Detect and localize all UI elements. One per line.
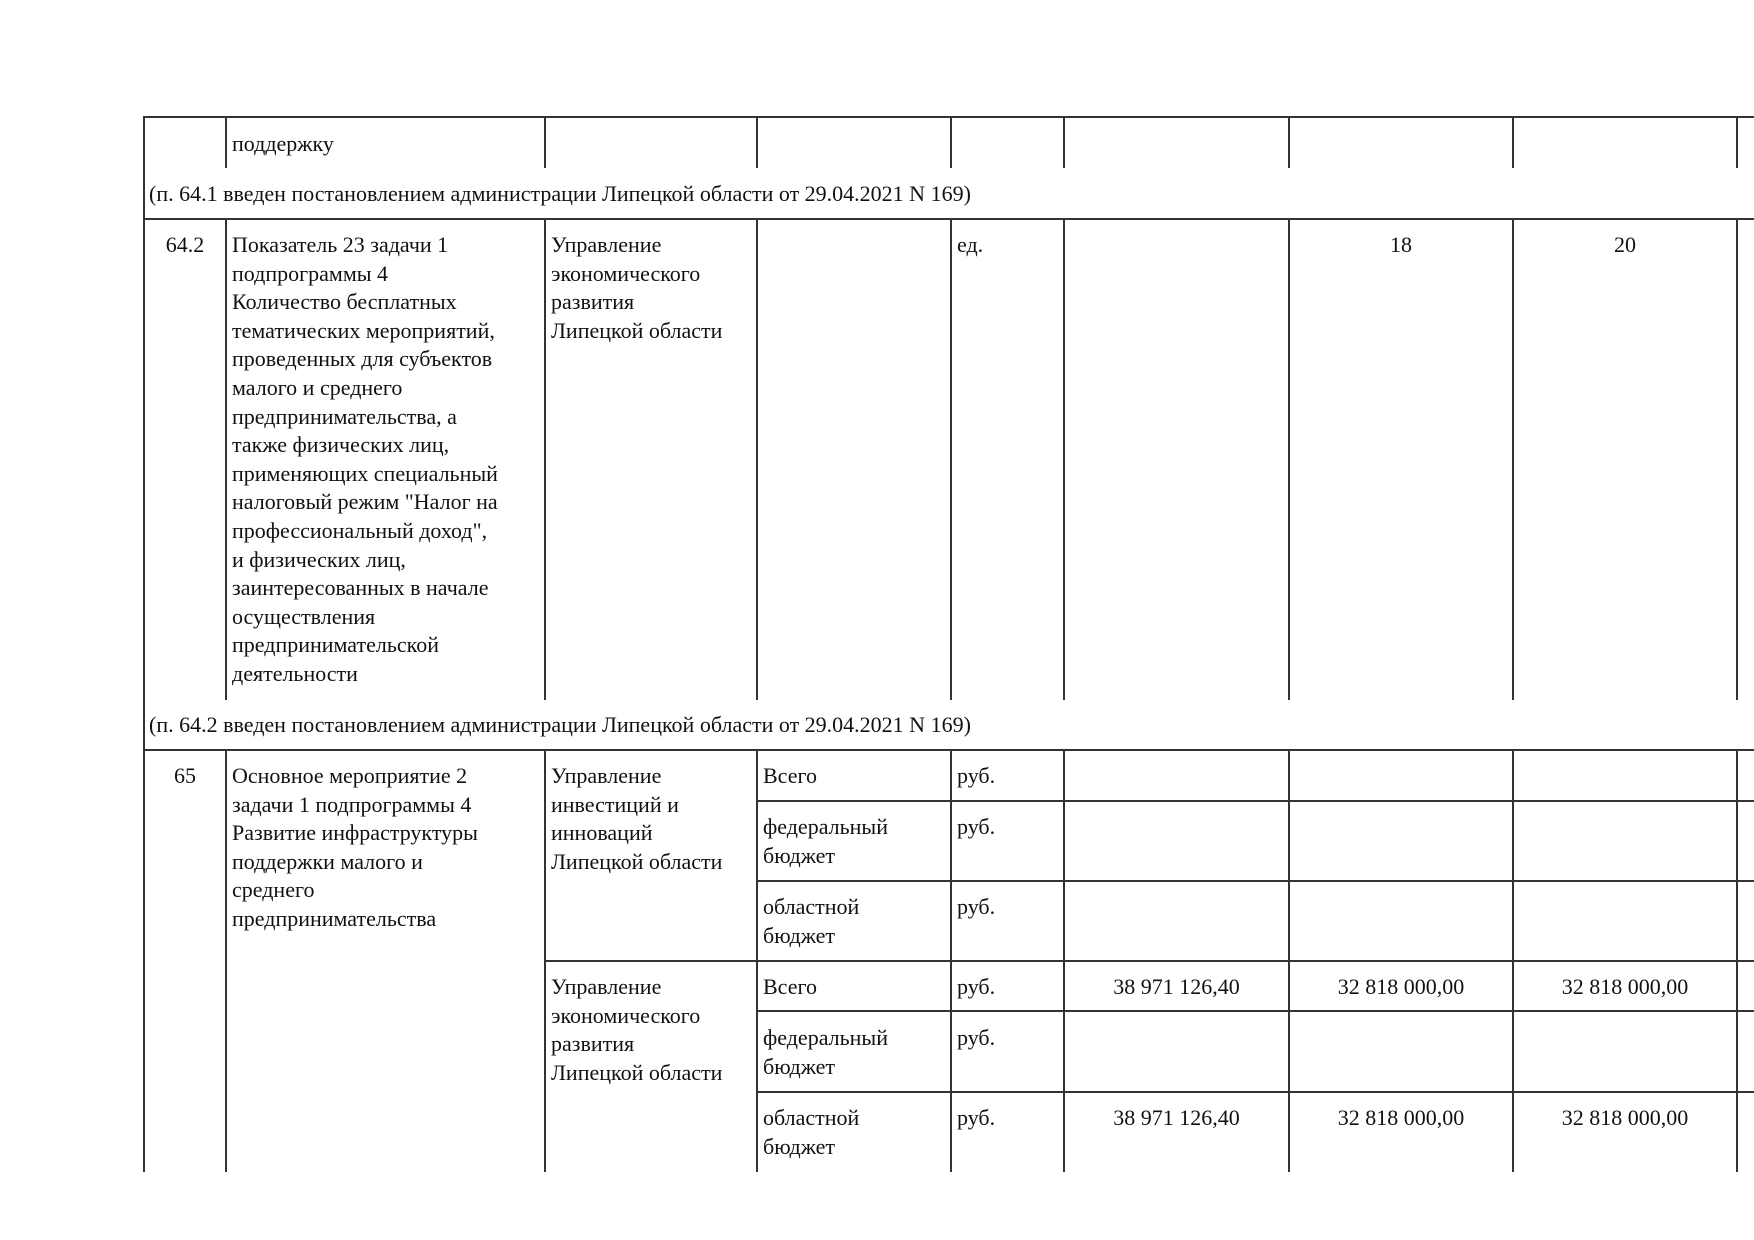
row-divider bbox=[545, 960, 1754, 962]
cell-row-number: 64.2 bbox=[145, 231, 225, 260]
cell-value: 32 818 000,00 bbox=[1514, 973, 1736, 1002]
col-divider bbox=[1063, 218, 1065, 700]
amendment-note-64-2: (п. 64.2 введен постановлением администр… bbox=[149, 711, 971, 740]
cell-value: 18 bbox=[1290, 231, 1512, 260]
col-divider bbox=[950, 218, 952, 700]
cell-executor: Управление экономического развития Липец… bbox=[551, 973, 756, 1087]
cell-value: 32 818 000,00 bbox=[1290, 973, 1512, 1002]
col-divider bbox=[756, 218, 758, 700]
cell-value: 20 bbox=[1514, 231, 1736, 260]
cell-unit: руб. bbox=[957, 1104, 995, 1133]
cell-funding-source: федеральный бюджет bbox=[763, 1024, 888, 1081]
col-divider bbox=[225, 749, 227, 1172]
row-divider bbox=[757, 800, 1754, 802]
cell-executor: Управление инвестиций и инноваций Липецк… bbox=[551, 762, 756, 876]
cell-unit: ед. bbox=[957, 231, 983, 260]
col-divider bbox=[544, 218, 546, 700]
col-divider bbox=[1736, 218, 1738, 700]
cell-value: 38 971 126,40 bbox=[1065, 973, 1288, 1002]
col-divider bbox=[544, 749, 546, 1172]
cell-unit: руб. bbox=[957, 762, 995, 791]
cell-unit: руб. bbox=[957, 813, 995, 842]
row-divider bbox=[757, 1091, 1754, 1093]
cell-funding-source: областной бюджет bbox=[763, 1104, 859, 1161]
cell-activity-name: Основное мероприятие 2 задачи 1 подпрогр… bbox=[232, 762, 542, 934]
col-divider bbox=[1288, 218, 1290, 700]
col-divider bbox=[544, 116, 546, 168]
cell-indicator-name: Показатель 23 задачи 1 подпрограммы 4 Ко… bbox=[232, 231, 542, 689]
cell-unit: руб. bbox=[957, 893, 995, 922]
col-divider bbox=[1512, 218, 1514, 700]
row-divider bbox=[757, 1010, 1754, 1012]
col-divider bbox=[1288, 116, 1290, 168]
cell-funding-source: Всего bbox=[763, 762, 817, 791]
col-divider bbox=[756, 116, 758, 168]
col-divider bbox=[1736, 749, 1738, 1172]
cell-unit: руб. bbox=[957, 973, 995, 1002]
col-divider bbox=[1736, 116, 1738, 168]
col-divider bbox=[1512, 116, 1514, 168]
table-left-border bbox=[143, 116, 145, 1172]
cell-funding-source: областной бюджет bbox=[763, 893, 859, 950]
cell-unit: руб. bbox=[957, 1024, 995, 1053]
cell-value: 38 971 126,40 bbox=[1065, 1104, 1288, 1133]
col-divider bbox=[756, 749, 758, 1172]
amendment-note-64-1: (п. 64.1 введен постановлением администр… bbox=[149, 180, 971, 209]
col-divider bbox=[1063, 116, 1065, 168]
cell-value: 32 818 000,00 bbox=[1290, 1104, 1512, 1133]
col-divider bbox=[950, 749, 952, 1172]
cell-value: 32 818 000,00 bbox=[1514, 1104, 1736, 1133]
row-divider bbox=[757, 880, 1754, 882]
document-page: поддержку (п. 64.1 введен постановлением… bbox=[0, 0, 1754, 1240]
cell-funding-source: Всего bbox=[763, 973, 817, 1002]
col-divider bbox=[225, 218, 227, 700]
cell-executor: Управление экономического развития Липец… bbox=[551, 231, 756, 345]
col-divider bbox=[950, 116, 952, 168]
col-divider bbox=[225, 116, 227, 168]
cell-row-number: 65 bbox=[145, 762, 225, 791]
cell-name-continuation: поддержку bbox=[232, 130, 334, 159]
cell-funding-source: федеральный бюджет bbox=[763, 813, 888, 870]
